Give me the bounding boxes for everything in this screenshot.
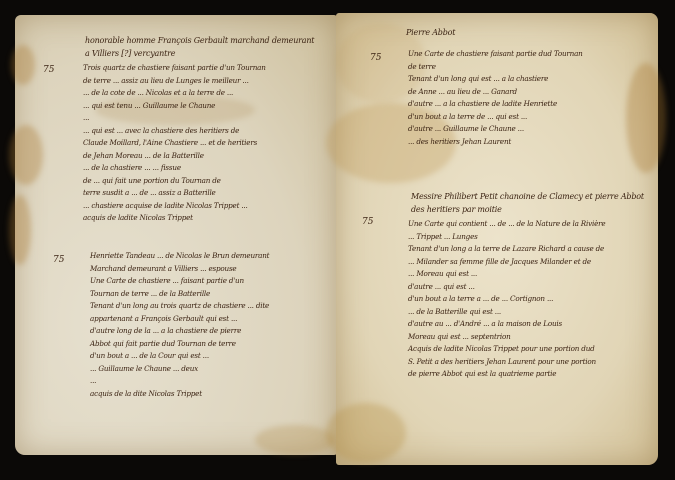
text-line: ... (90, 375, 269, 388)
text-line: Pierre Abbot (406, 27, 455, 40)
right-entry-1: Une Carte de chastiere faisant partie du… (408, 48, 583, 148)
text-line: Henriette Tandeau ... de Nicolas le Brun… (90, 250, 269, 263)
text-line: Moreau qui est ... septentrion (408, 331, 605, 344)
text-line: Une Carte de chastiere ... faisant parti… (90, 275, 269, 288)
text-line: a Villiers [?] vercyantre (85, 48, 314, 61)
text-line: ... (83, 112, 266, 125)
text-line: ... qui est ... avec la chastiere des he… (83, 125, 266, 138)
right-entry-2-header: Messire Philibert Petit chanoine de Clam… (411, 191, 644, 216)
text-line: ... de la chastiere ... ... fissue (83, 162, 266, 175)
stain (626, 63, 666, 173)
margin-mark: 75 (53, 255, 64, 265)
text-line: ... Moreau qui est ... (408, 268, 605, 281)
text-line: de pierre Abbot qui est la quatrieme par… (408, 368, 605, 381)
text-line: honorable homme François Gerbault marcha… (85, 35, 314, 48)
left-entry-1: Trois quartz de chastiere faisant partie… (83, 62, 266, 225)
text-line: d'autre ... a la chastiere de ladite Hen… (408, 98, 583, 111)
text-line: appartenant a François Gerbault qui est … (90, 313, 269, 326)
left-entry-2: Henriette Tandeau ... de Nicolas le Brun… (90, 250, 269, 400)
text-line: Tournan de terre ... de la Batterille (90, 288, 269, 301)
text-line: Une Carte qui contient ... de ... de la … (408, 218, 605, 231)
left-page: honorable homme François Gerbault marcha… (15, 15, 337, 455)
text-line: de Anne ... au lieu de ... Ganard (408, 86, 583, 99)
text-line: d'un bout a la terre de ... qui est ... (408, 111, 583, 124)
text-line: d'un bout a la terre a ... de ... Cortig… (408, 293, 605, 306)
text-line: Marchand demeurant a Villiers ... espous… (90, 263, 269, 276)
margin-mark: 75 (370, 53, 381, 63)
text-line: de ... qui fait une portion du Tournan d… (83, 175, 266, 188)
right-page: Pierre Abbot 75 Une Carte de chastiere f… (336, 13, 658, 465)
text-line: Tenant d'un long au trois quartz de chas… (90, 300, 269, 313)
text-line: Une Carte de chastiere faisant partie du… (408, 48, 583, 61)
text-line: ... des heritiers Jehan Laurent (408, 136, 583, 149)
margin-mark: 75 (362, 217, 373, 227)
text-line: ... Milander sa femme fille de Jacques M… (408, 256, 605, 269)
text-line: de terre ... assiz au lieu de Lunges le … (83, 75, 266, 88)
stain (9, 195, 31, 265)
stain (11, 45, 35, 85)
stain (9, 125, 43, 185)
text-line: ... Guillaume le Chaune ... deux (90, 363, 269, 376)
right-header-entry: Pierre Abbot (406, 27, 455, 40)
text-line: Tenant d'un long a la terre de Lazare Ri… (408, 243, 605, 256)
text-line: Messire Philibert Petit chanoine de Clam… (411, 191, 644, 204)
text-line: ... de la Batterille qui est ... (408, 306, 605, 319)
text-line: de Jehan Moreau ... de la Batterille (83, 150, 266, 163)
right-entry-2: Une Carte qui contient ... de ... de la … (408, 218, 605, 381)
text-line: ... de la cote de ... Nicolas et a la te… (83, 87, 266, 100)
text-line: d'autre long de la ... a la chastiere de… (90, 325, 269, 338)
text-line: acquis de la dite Nicolas Trippet (90, 388, 269, 401)
stain (326, 403, 406, 463)
text-line: d'autre ... qui est ... (408, 281, 605, 294)
text-line: de terre (408, 61, 583, 74)
margin-mark: 75 (43, 65, 54, 75)
text-line: d'autre ... Guillaume le Chaune ... (408, 123, 583, 136)
text-line: d'un bout a ... de la Cour qui est ... (90, 350, 269, 363)
text-line: Tenant d'un long qui est ... a la chasti… (408, 73, 583, 86)
text-line: ... chastiere acquise de ladite Nicolas … (83, 200, 266, 213)
text-line: terre susdit a ... de ... assiz a Batter… (83, 187, 266, 200)
text-line: Acquis de ladite Nicolas Trippet pour un… (408, 343, 605, 356)
left-header-entry: honorable homme François Gerbault marcha… (85, 35, 314, 60)
text-line: ... Trippet ... Lunges (408, 231, 605, 244)
text-line: ... qui est tenu ... Guillaume le Chaune (83, 100, 266, 113)
text-line: Claude Moillard, l'Aine Chastiere ... et… (83, 137, 266, 150)
text-line: des heritiers par moitie (411, 204, 644, 217)
text-line: d'autre au ... d'André ... a la maison d… (408, 318, 605, 331)
text-line: Trois quartz de chastiere faisant partie… (83, 62, 266, 75)
text-line: Abbot qui fait partie dud Tournan de ter… (90, 338, 269, 351)
text-line: S. Petit a des heritiers Jehan Laurent p… (408, 356, 605, 369)
text-line: acquis de ladite Nicolas Trippet (83, 212, 266, 225)
stain (255, 425, 335, 455)
